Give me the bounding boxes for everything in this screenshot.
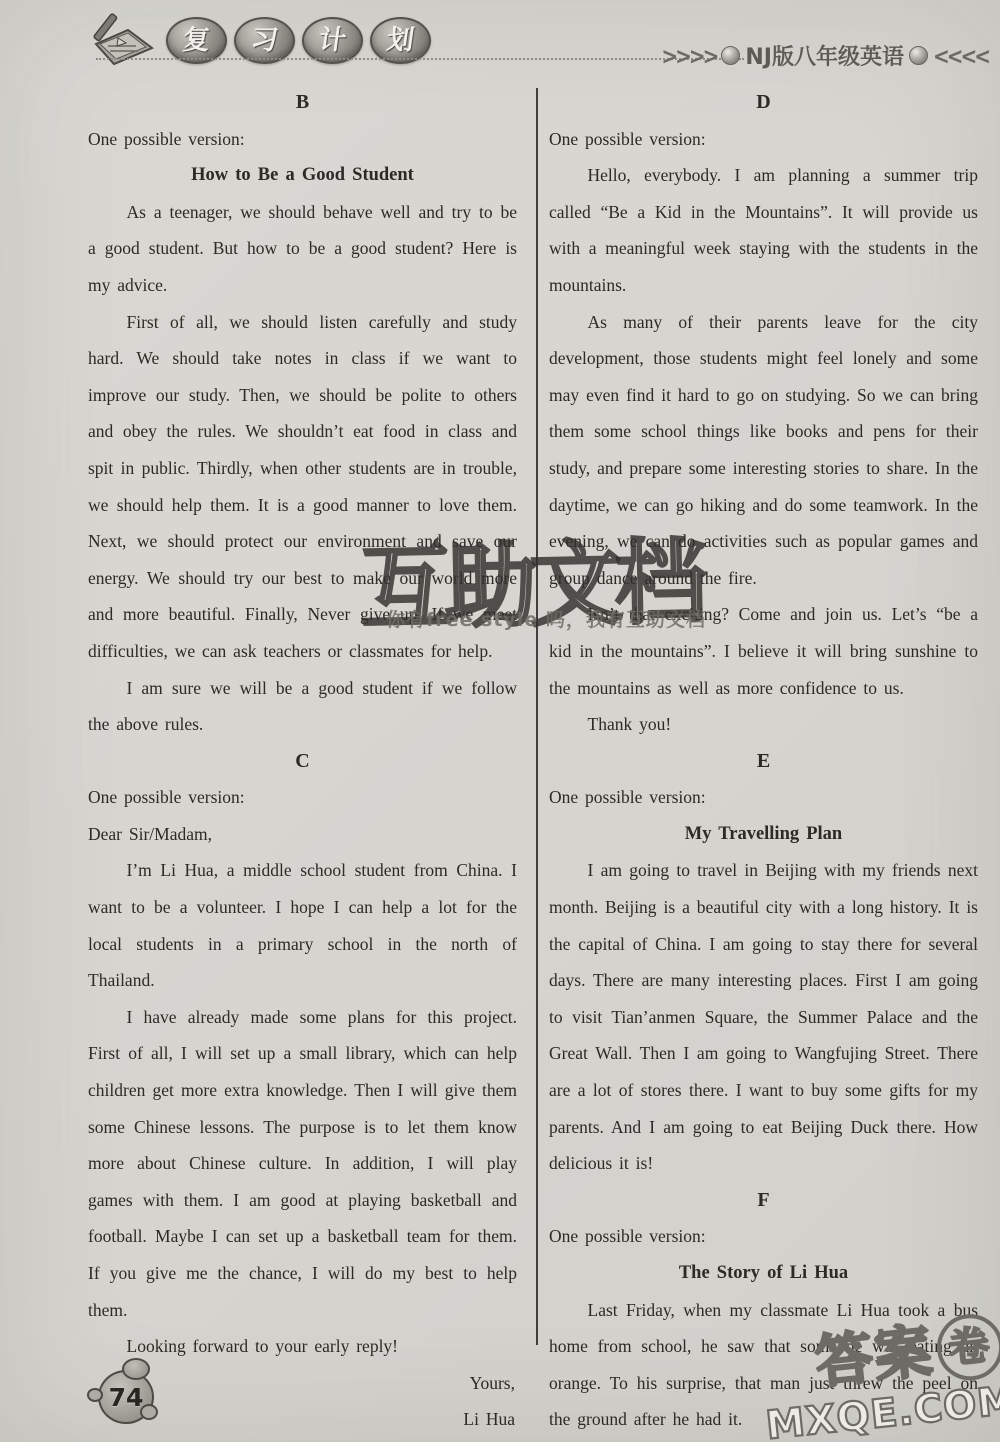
paragraph: Thank you! <box>549 706 978 743</box>
paragraph: I’m Li Hua, a middle school student from… <box>88 852 517 998</box>
section-intro: One possible version: <box>88 121 517 158</box>
page-header: 复习计划 >>>> NJ版八年级英语 <<<< <box>0 0 1000 82</box>
logo-medallion: 计 <box>302 17 363 64</box>
logo-medallion: 划 <box>370 17 431 64</box>
section-heading: F <box>549 1182 978 1219</box>
arrows-left-icon: <<<< <box>933 42 988 70</box>
section-heading: C <box>88 743 517 780</box>
section-title: The Story of Li Hua <box>549 1255 978 1292</box>
medallion-char: 习 <box>249 27 280 54</box>
pencil-notepad-icon <box>84 10 158 72</box>
header-dotted-rule <box>96 58 744 60</box>
section-salutation: Dear Sir/Madam, <box>88 816 517 853</box>
medallion-char: 复 <box>181 27 212 54</box>
edition-label: NJ版八年级英语 <box>745 40 904 71</box>
paragraph: I am sure we will be a good student if w… <box>88 670 517 743</box>
paragraph: As a teenager, we should behave well and… <box>88 194 517 304</box>
medallion-char: 计 <box>317 27 348 54</box>
paragraph: Hello, everybody. I am planning a summer… <box>549 157 978 303</box>
paragraph: Last Friday, when my classmate Li Hua to… <box>549 1292 978 1438</box>
answer-section: FOne possible version:The Story of Li Hu… <box>549 1182 978 1438</box>
section-title: How to Be a Good Student <box>88 157 517 194</box>
globe-icon <box>909 46 928 65</box>
section-title: My Travelling Plan <box>549 816 978 853</box>
series-logo: 复习计划 <box>84 10 431 72</box>
paragraph: I am going to travel in Beijing with my … <box>549 852 978 1181</box>
answer-section: BOne possible version:How to Be a Good S… <box>88 84 517 743</box>
book-page: { "header": { "logo_title": "复习计划", "log… <box>0 0 1000 1442</box>
column-left: BOne possible version:How to Be a Good S… <box>88 84 517 1438</box>
paragraph: First of all, we should listen carefully… <box>88 304 517 670</box>
paragraph: As many of their parents leave for the c… <box>549 304 978 597</box>
section-heading: E <box>549 743 978 780</box>
column-divider <box>536 88 538 1345</box>
page-number-badge: 74 <box>94 1362 154 1422</box>
edition-banner: >>>> NJ版八年级英语 <<<< <box>661 40 988 71</box>
answer-section: COne possible version:Dear Sir/Madam,I’m… <box>88 743 517 1438</box>
column-right: DOne possible version:Hello, everybody. … <box>549 84 978 1438</box>
section-intro: One possible version: <box>549 121 978 158</box>
section-intro: One possible version: <box>549 779 978 816</box>
paragraph: I have already made some plans for this … <box>88 999 517 1328</box>
arrows-right-icon: >>>> <box>661 42 716 70</box>
section-intro: One possible version: <box>549 1218 978 1255</box>
answer-section: DOne possible version:Hello, everybody. … <box>549 84 978 743</box>
section-heading: D <box>549 84 978 121</box>
page-number: 74 <box>109 1383 144 1412</box>
answer-section: EOne possible version:My Travelling Plan… <box>549 743 978 1182</box>
section-intro: One possible version: <box>88 779 517 816</box>
medallion-char: 划 <box>385 27 416 54</box>
section-heading: B <box>88 84 517 121</box>
badge-tail-icon <box>140 1404 158 1420</box>
logo-medallion: 复 <box>166 17 227 64</box>
logo-medallions: 复习计划 <box>166 17 431 72</box>
globe-icon <box>721 46 740 65</box>
paragraph: Looking forward to your early reply! <box>88 1328 517 1365</box>
logo-medallion: 习 <box>234 17 295 64</box>
paragraph: Isn’t that exciting? Come and join us. L… <box>549 596 978 706</box>
